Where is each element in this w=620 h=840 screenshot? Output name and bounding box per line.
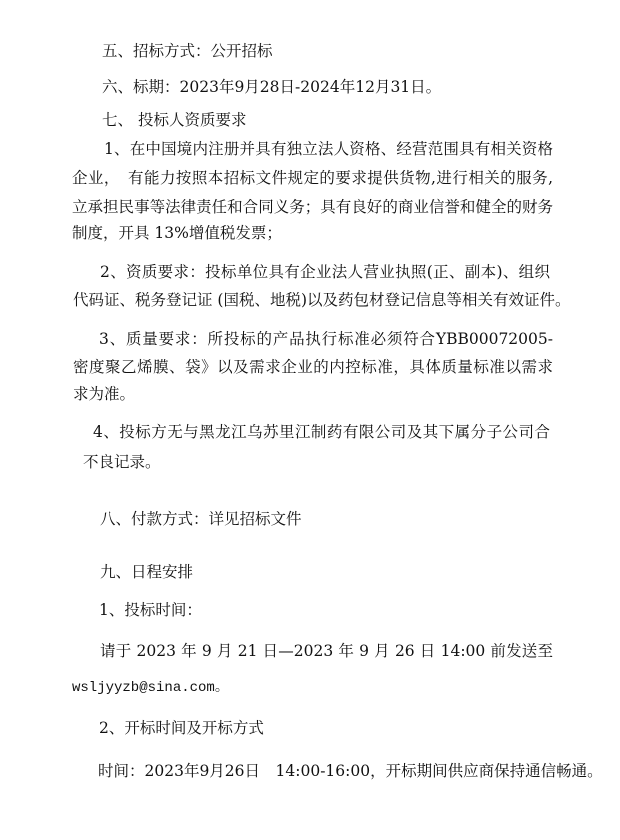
opening-title: 2、开标时间及开标方式 xyxy=(99,718,264,738)
document-page: 五、招标方式：公开招标 六、标期：2023年9月28日-2024年12月31日。… xyxy=(0,0,620,840)
paragraph-line: 企业， 有能力按照本招标文件规定的要求提供货物,进行相关的服务,能独 xyxy=(72,168,553,188)
paragraph-line: 3、质量要求：所投标的产品执行标准必须符合YBB00072005-2015《药用… xyxy=(99,329,553,349)
paragraph-line: 密度聚乙烯膜、袋》以及需求企业的内控标准，具体质量标准以需求企业实际要 xyxy=(73,357,553,377)
paragraph-line: 1、在中国境内注册并具有独立法人资格、经营范围具有相关资格的合法 xyxy=(104,139,553,159)
section-7-title: 投标人资质要求 xyxy=(138,110,247,130)
section-5-heading: 五、招标方式：公开招标 xyxy=(102,41,273,61)
paragraph-line: 代码证、税务登记证 (国税、地税)以及药包材登记信息等相关有效证件。 xyxy=(73,290,571,310)
paragraph-line: 立承担民事等法律责任和合同义务；具有良好的商业信誉和健全的财务会计 xyxy=(72,197,553,217)
bid-time-title: 1、投标时间： xyxy=(99,600,202,620)
bid-time-detail: 请于 2023 年 9 月 21 日—2023 年 9 月 26 日 14:00… xyxy=(100,641,553,661)
paragraph-line: 求为准。 xyxy=(73,384,135,404)
section-7-number: 七、 xyxy=(102,110,133,130)
paragraph-line: 制度，开具 13%增值税发票； xyxy=(72,223,282,243)
paragraph-line: 4、投标方无与黑龙江乌苏里江制药有限公司及其下属分子公司合作的 xyxy=(93,422,550,442)
paragraph-line: 2、资质要求：投标单位具有企业法人营业执照(正、副本)、组织机构 xyxy=(100,262,550,282)
section-8-heading: 八、付款方式：详见招标文件 xyxy=(100,509,302,529)
bid-email: wsljyyzb@sina.com。 xyxy=(72,678,229,698)
section-9-heading: 九、日程安排 xyxy=(100,562,193,582)
opening-detail: 时间：2023年9月26日 14:00-16:00，开标期间供应商保持通信畅通。 xyxy=(98,761,603,781)
section-6-heading: 六、标期：2023年9月28日-2024年12月31日。 xyxy=(102,77,441,97)
paragraph-line: 不良记录。 xyxy=(83,452,161,472)
